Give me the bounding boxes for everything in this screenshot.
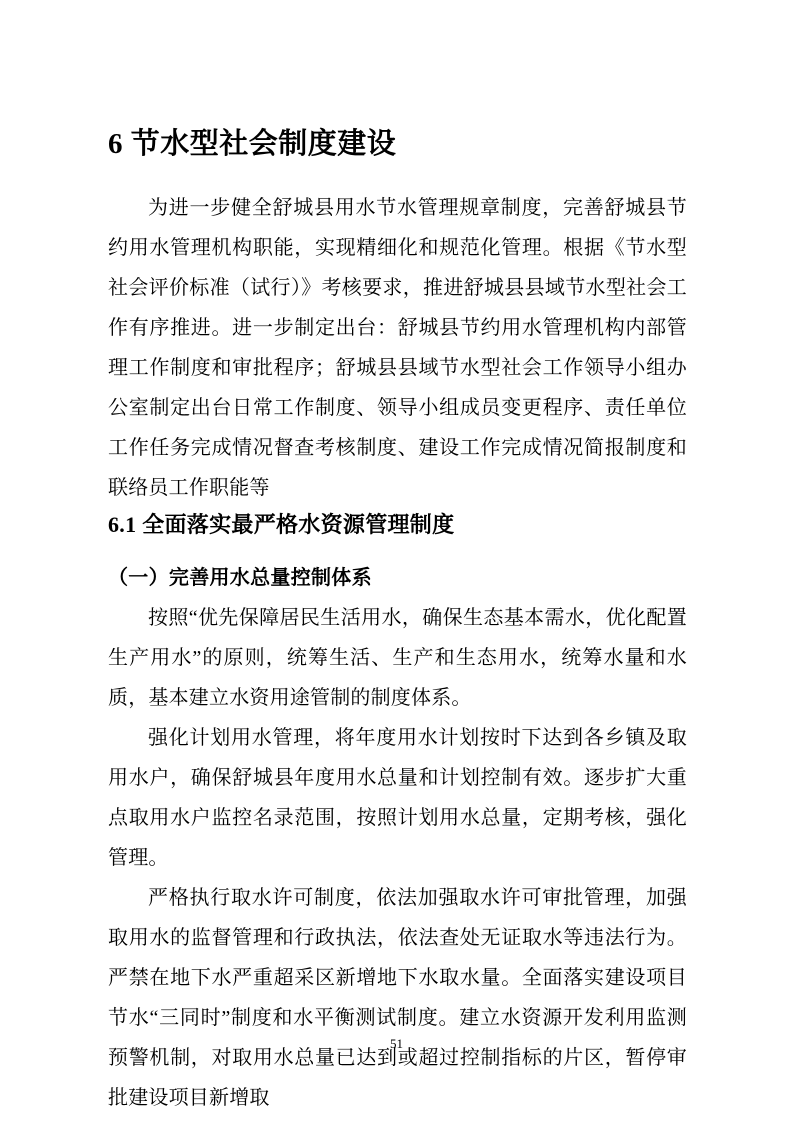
body-paragraph-3: 严格执行取水许可制度，依法加强取水许可审批管理，加强取用水的监督管理和行政执法，… xyxy=(108,878,687,1118)
document-page: 6 节水型社会制度建设 为进一步健全舒城县用水节水管理规章制度，完善舒城县节约用… xyxy=(0,0,793,1122)
body-paragraph-1: 按照“优先保障居民生活用水，确保生态基本需水，优化配置生产用水”的原则，统筹生活… xyxy=(108,598,687,718)
chapter-heading: 6 节水型社会制度建设 xyxy=(108,126,687,162)
intro-paragraph: 为进一步健全舒城县用水节水管理规章制度，完善舒城县节约用水管理机构职能，实现精细… xyxy=(108,188,687,508)
body-paragraph-2: 强化计划用水管理，将年度用水计划按时下达到各乡镇及取用水户，确保舒城县年度用水总… xyxy=(108,718,687,878)
document-content: 6 节水型社会制度建设 为进一步健全舒城县用水节水管理规章制度，完善舒城县节约用… xyxy=(108,0,687,1118)
subsection-heading: （一）完善用水总量控制体系 xyxy=(108,564,687,592)
page-number: 51 xyxy=(0,1036,793,1052)
section-heading: 6.1 全面落实最严格水资源管理制度 xyxy=(108,510,687,540)
